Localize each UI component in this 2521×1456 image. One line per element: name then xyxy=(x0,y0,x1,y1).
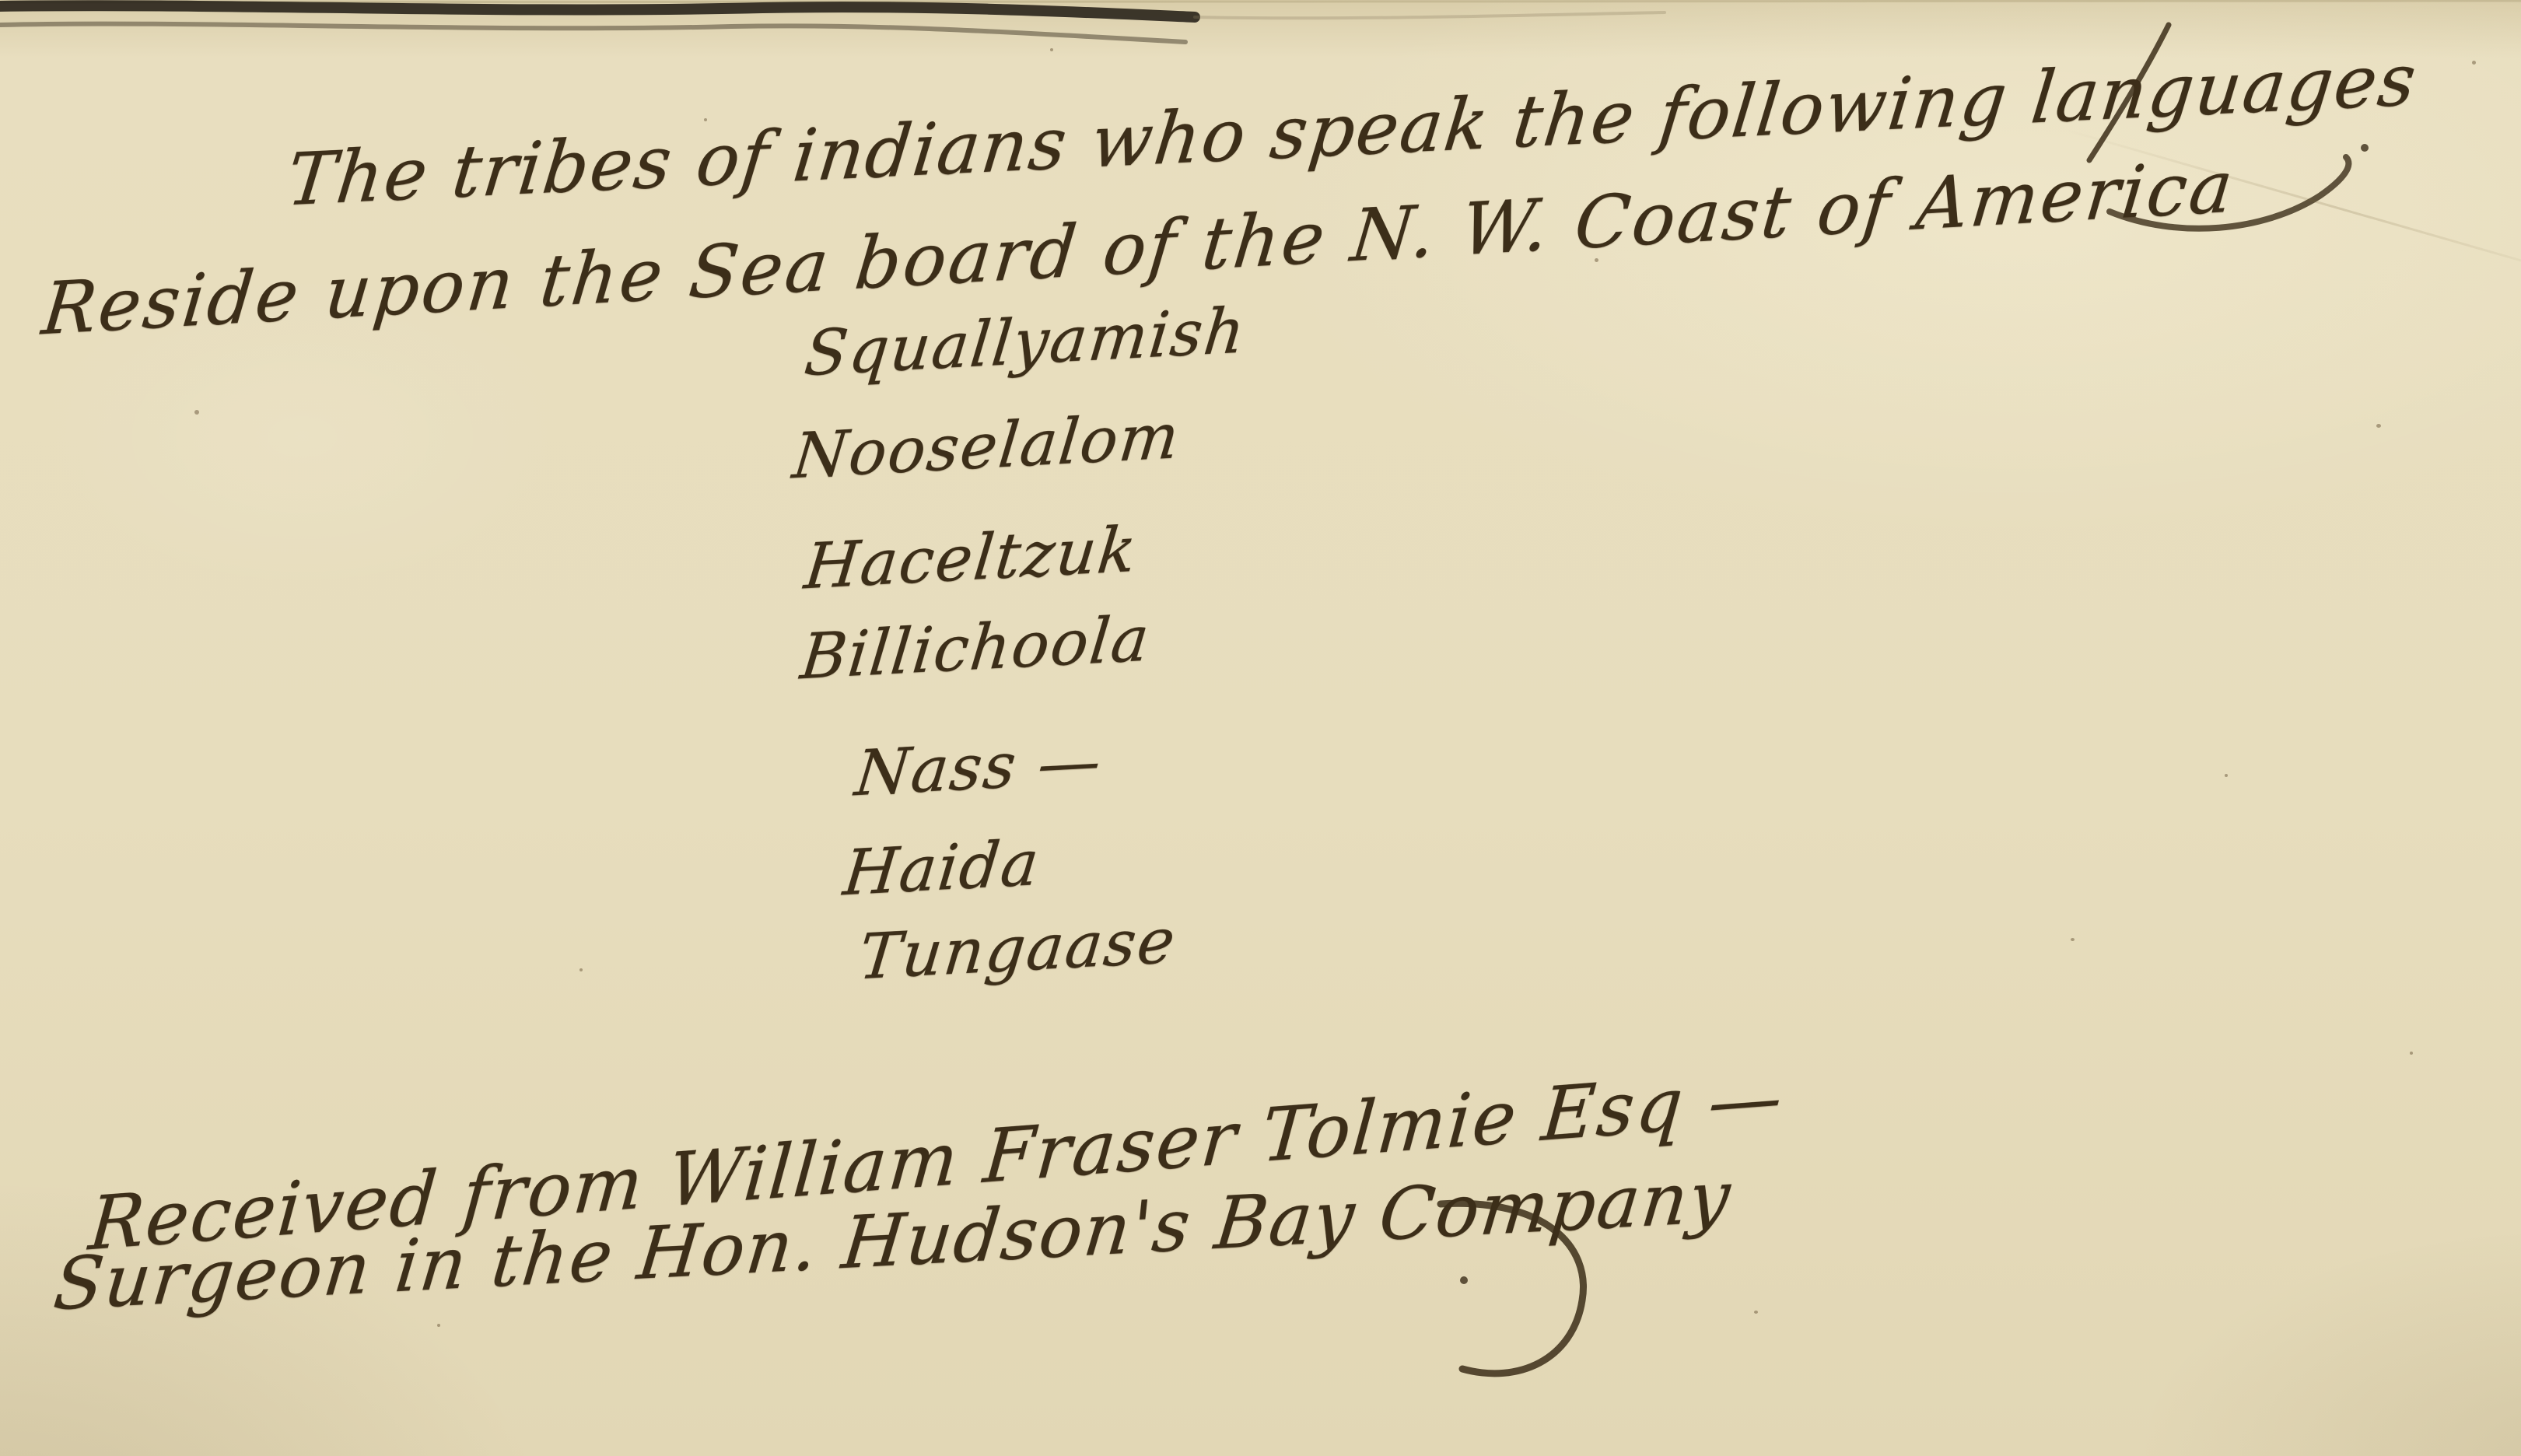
tribe-name-squallyamish: Squallyamish xyxy=(801,294,1249,390)
paper-speck xyxy=(2225,774,2228,777)
top-edge-secondary-line xyxy=(0,24,1185,42)
paper-speck xyxy=(437,1324,440,1327)
tribe-name-billichoola: Billichoola xyxy=(797,602,1154,693)
company-loop-dot xyxy=(1460,1276,1468,1284)
paper-speck xyxy=(1754,1311,1758,1314)
paper-speck xyxy=(1595,258,1598,262)
top-edge-dark-band xyxy=(0,5,1195,17)
paper-speck xyxy=(2472,61,2476,65)
tribe-name-haceltzuk: Haceltzuk xyxy=(801,513,1141,603)
paper-speck xyxy=(2410,1052,2413,1055)
america-tail-dot xyxy=(2361,144,2369,152)
paper-speck xyxy=(2376,424,2381,428)
paper-speck xyxy=(194,410,199,415)
top-edge-fadeout xyxy=(1195,12,1665,18)
tribe-name-nooselalom: Nooselalom xyxy=(790,400,1184,493)
paper-speck xyxy=(579,968,583,971)
tribe-name-haida: Haida xyxy=(840,826,1043,909)
paper-speck xyxy=(1050,48,1053,51)
top-edge-line-faint xyxy=(0,1,2521,2)
paper-speck xyxy=(704,118,707,121)
tribe-name-tungaase: Tungaase xyxy=(856,904,1180,993)
manuscript-page: The tribes of indians who speak the foll… xyxy=(0,0,2521,1456)
paper-speck xyxy=(2071,938,2075,941)
tribe-name-nass: Nass — xyxy=(852,724,1106,810)
